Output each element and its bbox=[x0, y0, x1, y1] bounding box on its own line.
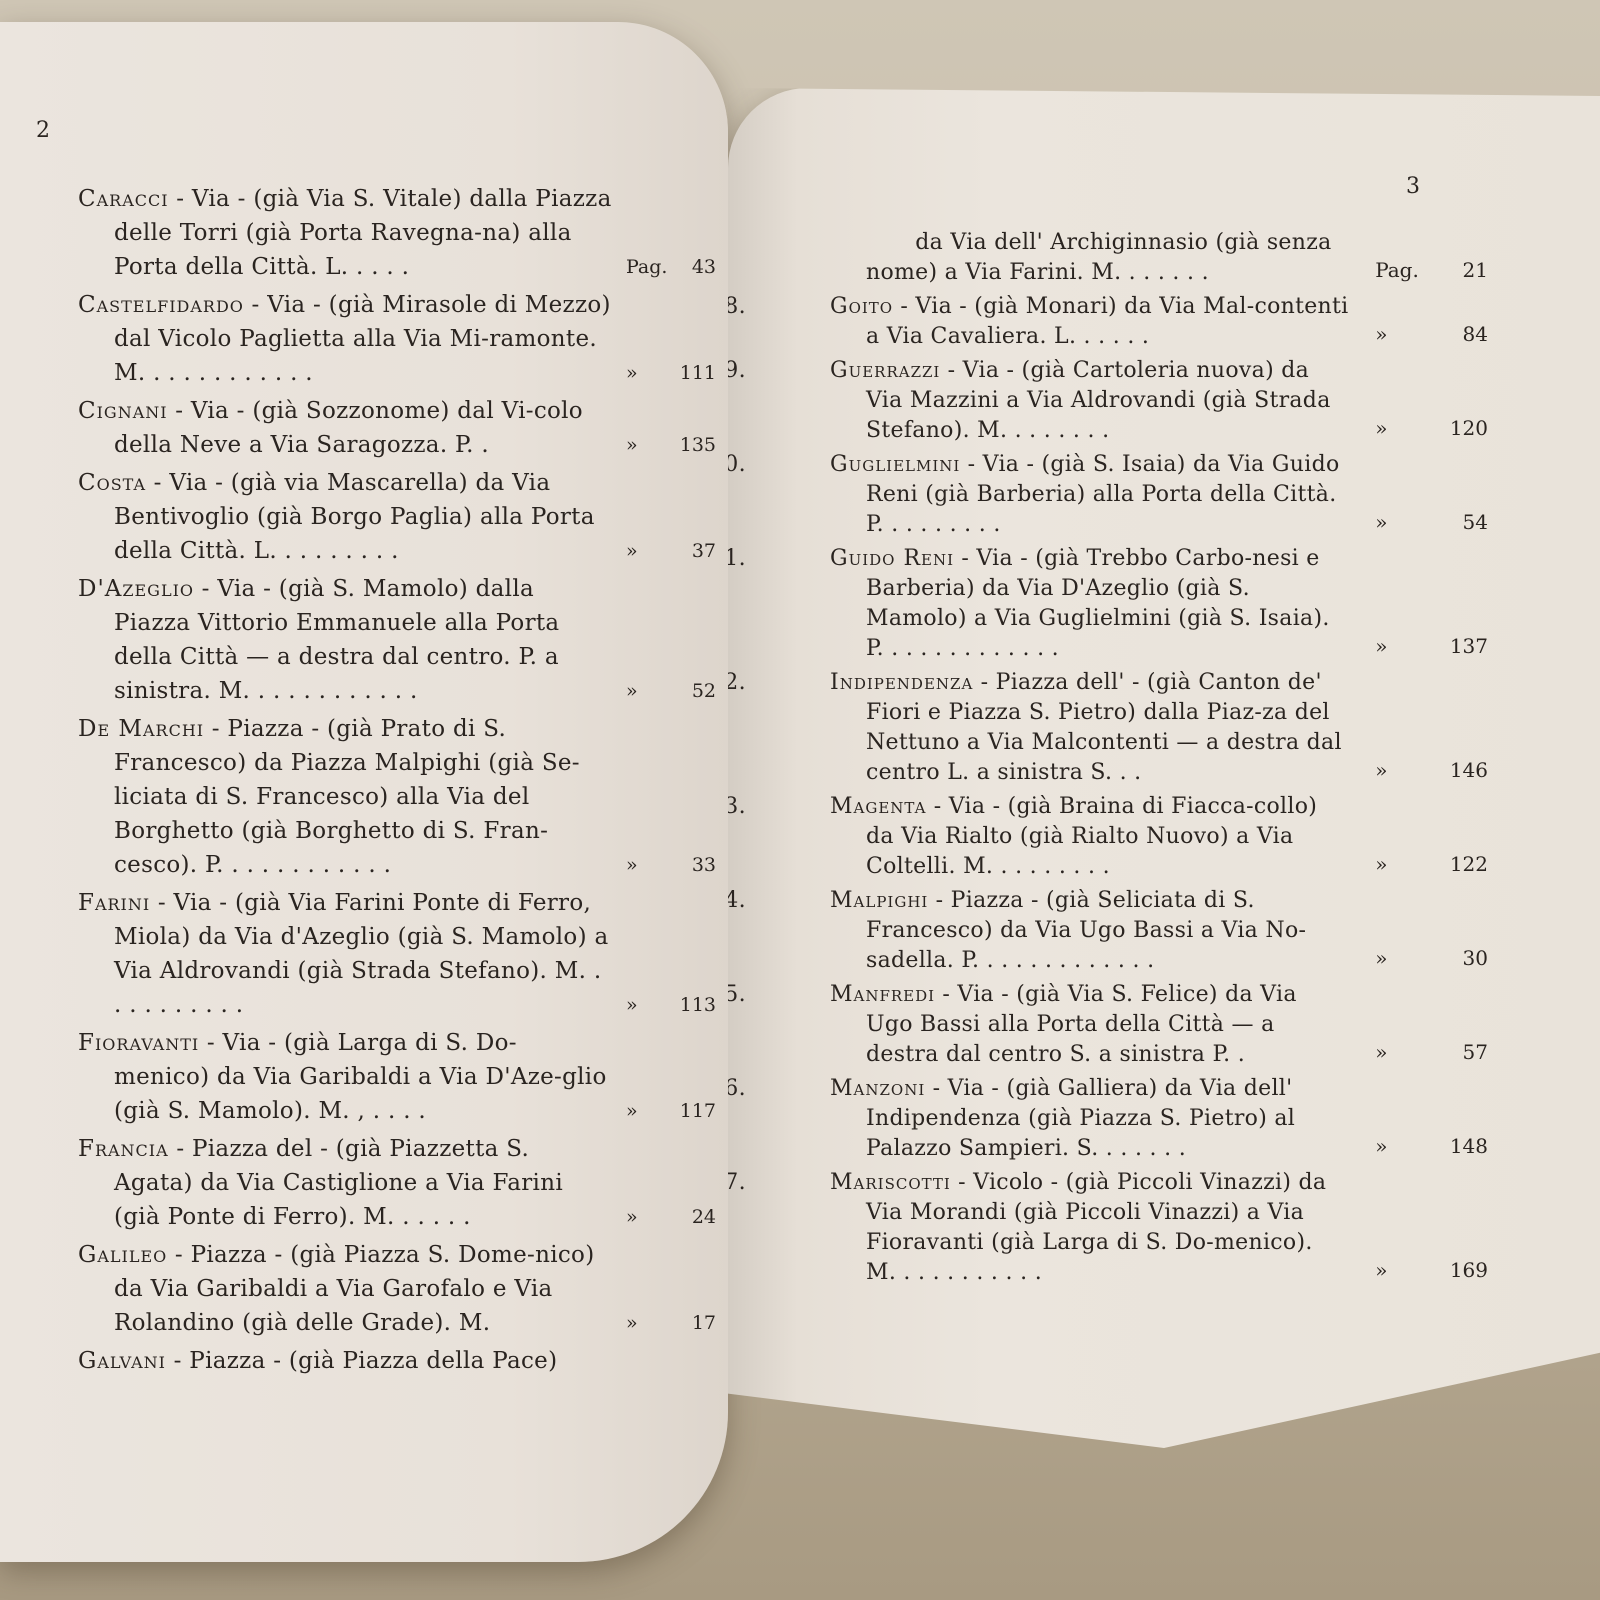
entry-description: - Via - (già Galliera) da Via dell' Indi… bbox=[866, 1076, 1295, 1161]
street-name: Mariscotti bbox=[830, 1170, 951, 1195]
index-entry: 17.Galvani - Piazza - (già Piazza della … bbox=[36, 1344, 716, 1378]
street-name: Guerrazzi bbox=[830, 358, 940, 383]
entry-description: - Via - (già Via Farini Ponte di Ferro, … bbox=[114, 890, 608, 1018]
entry-description: - Piazza - (già Piazza della Pace) bbox=[174, 1348, 558, 1374]
page-ref-prefix: » bbox=[1375, 852, 1425, 876]
street-name: De Marchi bbox=[78, 716, 204, 742]
left-page: 2 7.Caracci - Via - (già Via S. Vitale) … bbox=[0, 22, 728, 1562]
entry-description: - Piazza - (già Seliciata di S. Francesc… bbox=[866, 888, 1306, 973]
street-name: Guglielmini bbox=[830, 452, 960, 477]
index-entry: 20.Guglielmini - Via - (già S. Isaia) da… bbox=[788, 450, 1488, 540]
entry-description: - Via - (già Braina di Fiacca-collo) da … bbox=[866, 794, 1317, 879]
street-name: Manfredi bbox=[830, 982, 935, 1007]
entry-text: 9.Cignani - Via - (già Sozzonome) dal Vi… bbox=[36, 394, 612, 462]
page-reference bbox=[612, 1372, 716, 1378]
page-ref-number: 137 bbox=[1448, 634, 1488, 658]
page-reference: »120 bbox=[1349, 416, 1488, 446]
entry-number: 9. bbox=[36, 394, 78, 428]
street-name: D'Azeglio bbox=[78, 576, 194, 602]
entry-number: 14. bbox=[36, 1026, 78, 1060]
entry-text: 18.Goito - Via - (già Monari) da Via Mal… bbox=[788, 292, 1349, 352]
entry-text: 20.Guglielmini - Via - (già S. Isaia) da… bbox=[788, 450, 1349, 540]
page-ref-number: 21 bbox=[1448, 258, 1488, 282]
entry-description: - Piazza - (già Piazza S. Dome-nico) da … bbox=[114, 1242, 594, 1336]
entry-text: 23.Magenta - Via - (già Braina di Fiacca… bbox=[788, 792, 1349, 882]
index-entry: 13.Farini - Via - (già Via Farini Ponte … bbox=[36, 886, 716, 1022]
page-ref-prefix: » bbox=[1375, 946, 1425, 970]
index-entry: 18.Goito - Via - (già Monari) da Via Mal… bbox=[788, 292, 1488, 352]
page-reference: Pag.21 bbox=[1349, 258, 1488, 288]
entry-text: 12.De Marchi - Piazza - (già Prato di S.… bbox=[36, 712, 612, 882]
index-entry: 11.D'Azeglio - Via - (già S. Mamolo) dal… bbox=[36, 572, 716, 708]
page-reference: »135 bbox=[612, 434, 716, 462]
page-ref-prefix: » bbox=[626, 680, 676, 702]
page-ref-prefix: » bbox=[626, 1312, 676, 1334]
entry-number: 23. bbox=[788, 792, 830, 822]
page-ref-prefix: » bbox=[626, 1206, 676, 1228]
entry-text: 17.Galvani - Piazza - (già Piazza della … bbox=[36, 1344, 612, 1378]
entry-number: 22. bbox=[788, 668, 830, 698]
entry-number: 25. bbox=[788, 980, 830, 1010]
entry-number: 10. bbox=[36, 466, 78, 500]
page-ref-number: 135 bbox=[676, 434, 716, 456]
page-ref-number: 52 bbox=[676, 680, 716, 702]
index-entry: 21.Guido Reni - Via - (già Trebbo Carbo-… bbox=[788, 544, 1488, 664]
page-ref-number: 33 bbox=[676, 854, 716, 876]
street-name: Castelfidardo bbox=[78, 292, 244, 318]
page-ref-number: 111 bbox=[676, 362, 716, 384]
page-ref-prefix: » bbox=[1375, 758, 1425, 782]
entry-number: 24. bbox=[788, 886, 830, 916]
street-name: Francia bbox=[78, 1136, 169, 1162]
index-entry: 23.Magenta - Via - (già Braina di Fiacca… bbox=[788, 792, 1488, 882]
page-reference: »54 bbox=[1349, 510, 1488, 540]
entry-text: 14.Fioravanti - Via - (già Larga di S. D… bbox=[36, 1026, 612, 1128]
street-name: Goito bbox=[830, 294, 893, 319]
index-entry: 16.Galileo - Piazza - (già Piazza S. Dom… bbox=[36, 1238, 716, 1340]
page-ref-number: 113 bbox=[676, 994, 716, 1016]
entry-number: 7. bbox=[36, 182, 78, 216]
page-reference: »52 bbox=[612, 680, 716, 708]
page-reference: »113 bbox=[612, 994, 716, 1022]
page-ref-number: 84 bbox=[1448, 322, 1488, 346]
index-entry: 12.De Marchi - Piazza - (già Prato di S.… bbox=[36, 712, 716, 882]
page-ref-prefix: » bbox=[626, 854, 676, 876]
page-ref-prefix: » bbox=[1375, 1258, 1425, 1282]
page-ref-prefix: Pag. bbox=[626, 256, 676, 278]
street-name: Cignani bbox=[78, 398, 168, 424]
entry-text: 16.Galileo - Piazza - (già Piazza S. Dom… bbox=[36, 1238, 612, 1340]
entry-number: 11. bbox=[36, 572, 78, 606]
page-ref-prefix: » bbox=[1375, 634, 1425, 658]
entry-description: da Via dell' Archiginnasio (già senza no… bbox=[866, 230, 1332, 285]
page-ref-prefix: Pag. bbox=[1375, 258, 1425, 282]
street-name: Galileo bbox=[78, 1242, 167, 1268]
entry-number: 13. bbox=[36, 886, 78, 920]
page-reference: Pag.43 bbox=[612, 256, 716, 284]
entry-text: 11.D'Azeglio - Via - (già S. Mamolo) dal… bbox=[36, 572, 612, 708]
page-ref-number: 30 bbox=[1448, 946, 1488, 970]
entry-text: 13.Farini - Via - (già Via Farini Ponte … bbox=[36, 886, 612, 1022]
page-ref-prefix: » bbox=[1375, 322, 1425, 346]
entry-text: 15.Francia - Piazza del - (già Piazzetta… bbox=[36, 1132, 612, 1234]
entry-text: 19.Guerrazzi - Via - (già Cartoleria nuo… bbox=[788, 356, 1349, 446]
entry-text: 8.Castelfidardo - Via - (già Mirasole di… bbox=[36, 288, 612, 390]
page-reference: »122 bbox=[1349, 852, 1488, 882]
page-ref-number: 117 bbox=[676, 1100, 716, 1122]
entry-description: - Piazza del - (già Piazzetta S. Agata) … bbox=[114, 1136, 563, 1230]
index-entry: 10.Costa - Via - (già via Mascarella) da… bbox=[36, 466, 716, 568]
street-name: Magenta bbox=[830, 794, 926, 819]
page-reference: »111 bbox=[612, 362, 716, 390]
page-ref-number: 54 bbox=[1448, 510, 1488, 534]
page-number: 3 bbox=[1406, 174, 1420, 199]
street-name: Indipendenza bbox=[830, 670, 973, 695]
index-entry: 9.Cignani - Via - (già Sozzonome) dal Vi… bbox=[36, 394, 716, 462]
street-name: Costa bbox=[78, 470, 146, 496]
page-reference: »117 bbox=[612, 1100, 716, 1128]
entry-number: 27. bbox=[788, 1168, 830, 1198]
street-index-list: da Via dell' Archiginnasio (già senza no… bbox=[788, 228, 1488, 1292]
entry-number: 17. bbox=[36, 1344, 78, 1378]
street-name: Malpighi bbox=[830, 888, 928, 913]
page-ref-number: 43 bbox=[676, 256, 716, 278]
entry-description: - Via - (già Monari) da Via Mal-contenti… bbox=[866, 294, 1349, 349]
entry-number: 20. bbox=[788, 450, 830, 480]
page-ref-number: 37 bbox=[676, 540, 716, 562]
entry-number: 18. bbox=[788, 292, 830, 322]
page-ref-prefix: » bbox=[1375, 510, 1425, 534]
entry-text: 7.Caracci - Via - (già Via S. Vitale) da… bbox=[36, 182, 612, 284]
entry-description: - Via - (già via Mascarella) da Via Bent… bbox=[114, 470, 595, 564]
page-reference: »57 bbox=[1349, 1040, 1488, 1070]
entry-number: 8. bbox=[36, 288, 78, 322]
page-ref-prefix: » bbox=[1375, 1134, 1425, 1158]
page-ref-number: 148 bbox=[1448, 1134, 1488, 1158]
entry-text: 27.Mariscotti - Vicolo - (già Piccoli Vi… bbox=[788, 1168, 1349, 1288]
entry-number: 12. bbox=[36, 712, 78, 746]
index-entry: da Via dell' Archiginnasio (già senza no… bbox=[788, 228, 1488, 288]
entry-number: 15. bbox=[36, 1132, 78, 1166]
entry-text: 25.Manfredi - Via - (già Via S. Felice) … bbox=[788, 980, 1349, 1070]
page-ref-number: 120 bbox=[1448, 416, 1488, 440]
street-name: Manzoni bbox=[830, 1076, 925, 1101]
page-ref-prefix: » bbox=[626, 540, 676, 562]
page-reference: »37 bbox=[612, 540, 716, 568]
page-number: 2 bbox=[36, 118, 50, 143]
page-reference: »33 bbox=[612, 854, 716, 882]
page-ref-number: 17 bbox=[676, 1312, 716, 1334]
index-entry: 27.Mariscotti - Vicolo - (già Piccoli Vi… bbox=[788, 1168, 1488, 1288]
page-reference: »17 bbox=[612, 1312, 716, 1340]
page-reference: »84 bbox=[1349, 322, 1488, 352]
entry-text: da Via dell' Archiginnasio (già senza no… bbox=[788, 228, 1349, 288]
page-reference: »30 bbox=[1349, 946, 1488, 976]
page-ref-prefix: » bbox=[1375, 1040, 1425, 1064]
street-name: Farini bbox=[78, 890, 150, 916]
page-reference: »146 bbox=[1349, 758, 1488, 788]
page-ref-prefix: » bbox=[626, 434, 676, 456]
page-ref-prefix: » bbox=[626, 994, 676, 1016]
street-name: Caracci bbox=[78, 186, 169, 212]
entry-number: 19. bbox=[788, 356, 830, 386]
street-name: Guido Reni bbox=[830, 546, 954, 571]
page-ref-number: 146 bbox=[1448, 758, 1488, 782]
index-entry: 24.Malpighi - Piazza - (già Seliciata di… bbox=[788, 886, 1488, 976]
page-ref-prefix: » bbox=[1375, 416, 1425, 440]
page-reference: »148 bbox=[1349, 1134, 1488, 1164]
index-entry: 7.Caracci - Via - (già Via S. Vitale) da… bbox=[36, 182, 716, 284]
entry-description: - Via - (già Via S. Vitale) dalla Piazza… bbox=[114, 186, 612, 280]
index-entry: 14.Fioravanti - Via - (già Larga di S. D… bbox=[36, 1026, 716, 1128]
entry-text: 22.Indipendenza - Piazza dell' - (già Ca… bbox=[788, 668, 1349, 788]
street-index-list: 7.Caracci - Via - (già Via S. Vitale) da… bbox=[36, 182, 716, 1382]
index-entry: 25.Manfredi - Via - (già Via S. Felice) … bbox=[788, 980, 1488, 1070]
right-page: 3 da Via dell' Archiginnasio (già senza … bbox=[728, 88, 1600, 1448]
street-name: Galvani bbox=[78, 1348, 166, 1374]
index-entry: 26.Manzoni - Via - (già Galliera) da Via… bbox=[788, 1074, 1488, 1164]
entry-text: 21.Guido Reni - Via - (già Trebbo Carbo-… bbox=[788, 544, 1349, 664]
index-entry: 19.Guerrazzi - Via - (già Cartoleria nuo… bbox=[788, 356, 1488, 446]
street-name: Fioravanti bbox=[78, 1030, 199, 1056]
entry-description: - Via - (già Sozzonome) dal Vi-colo dell… bbox=[114, 398, 583, 458]
page-ref-prefix: » bbox=[626, 1100, 676, 1122]
entry-text: 26.Manzoni - Via - (già Galliera) da Via… bbox=[788, 1074, 1349, 1164]
page-ref-number: 169 bbox=[1448, 1258, 1488, 1282]
entry-number: 21. bbox=[788, 544, 830, 574]
entry-number: 26. bbox=[788, 1074, 830, 1104]
index-entry: 15.Francia - Piazza del - (già Piazzetta… bbox=[36, 1132, 716, 1234]
page-ref-prefix: » bbox=[626, 362, 676, 384]
entry-text: 10.Costa - Via - (già via Mascarella) da… bbox=[36, 466, 612, 568]
page-reference: »169 bbox=[1349, 1258, 1488, 1288]
index-entry: 8.Castelfidardo - Via - (già Mirasole di… bbox=[36, 288, 716, 390]
page-ref-number: 57 bbox=[1448, 1040, 1488, 1064]
page-ref-number: 24 bbox=[676, 1206, 716, 1228]
page-reference: »137 bbox=[1349, 634, 1488, 664]
page-reference: »24 bbox=[612, 1206, 716, 1234]
entry-number: 16. bbox=[36, 1238, 78, 1272]
page-ref-number: 122 bbox=[1448, 852, 1488, 876]
index-entry: 22.Indipendenza - Piazza dell' - (già Ca… bbox=[788, 668, 1488, 788]
entry-text: 24.Malpighi - Piazza - (già Seliciata di… bbox=[788, 886, 1349, 976]
